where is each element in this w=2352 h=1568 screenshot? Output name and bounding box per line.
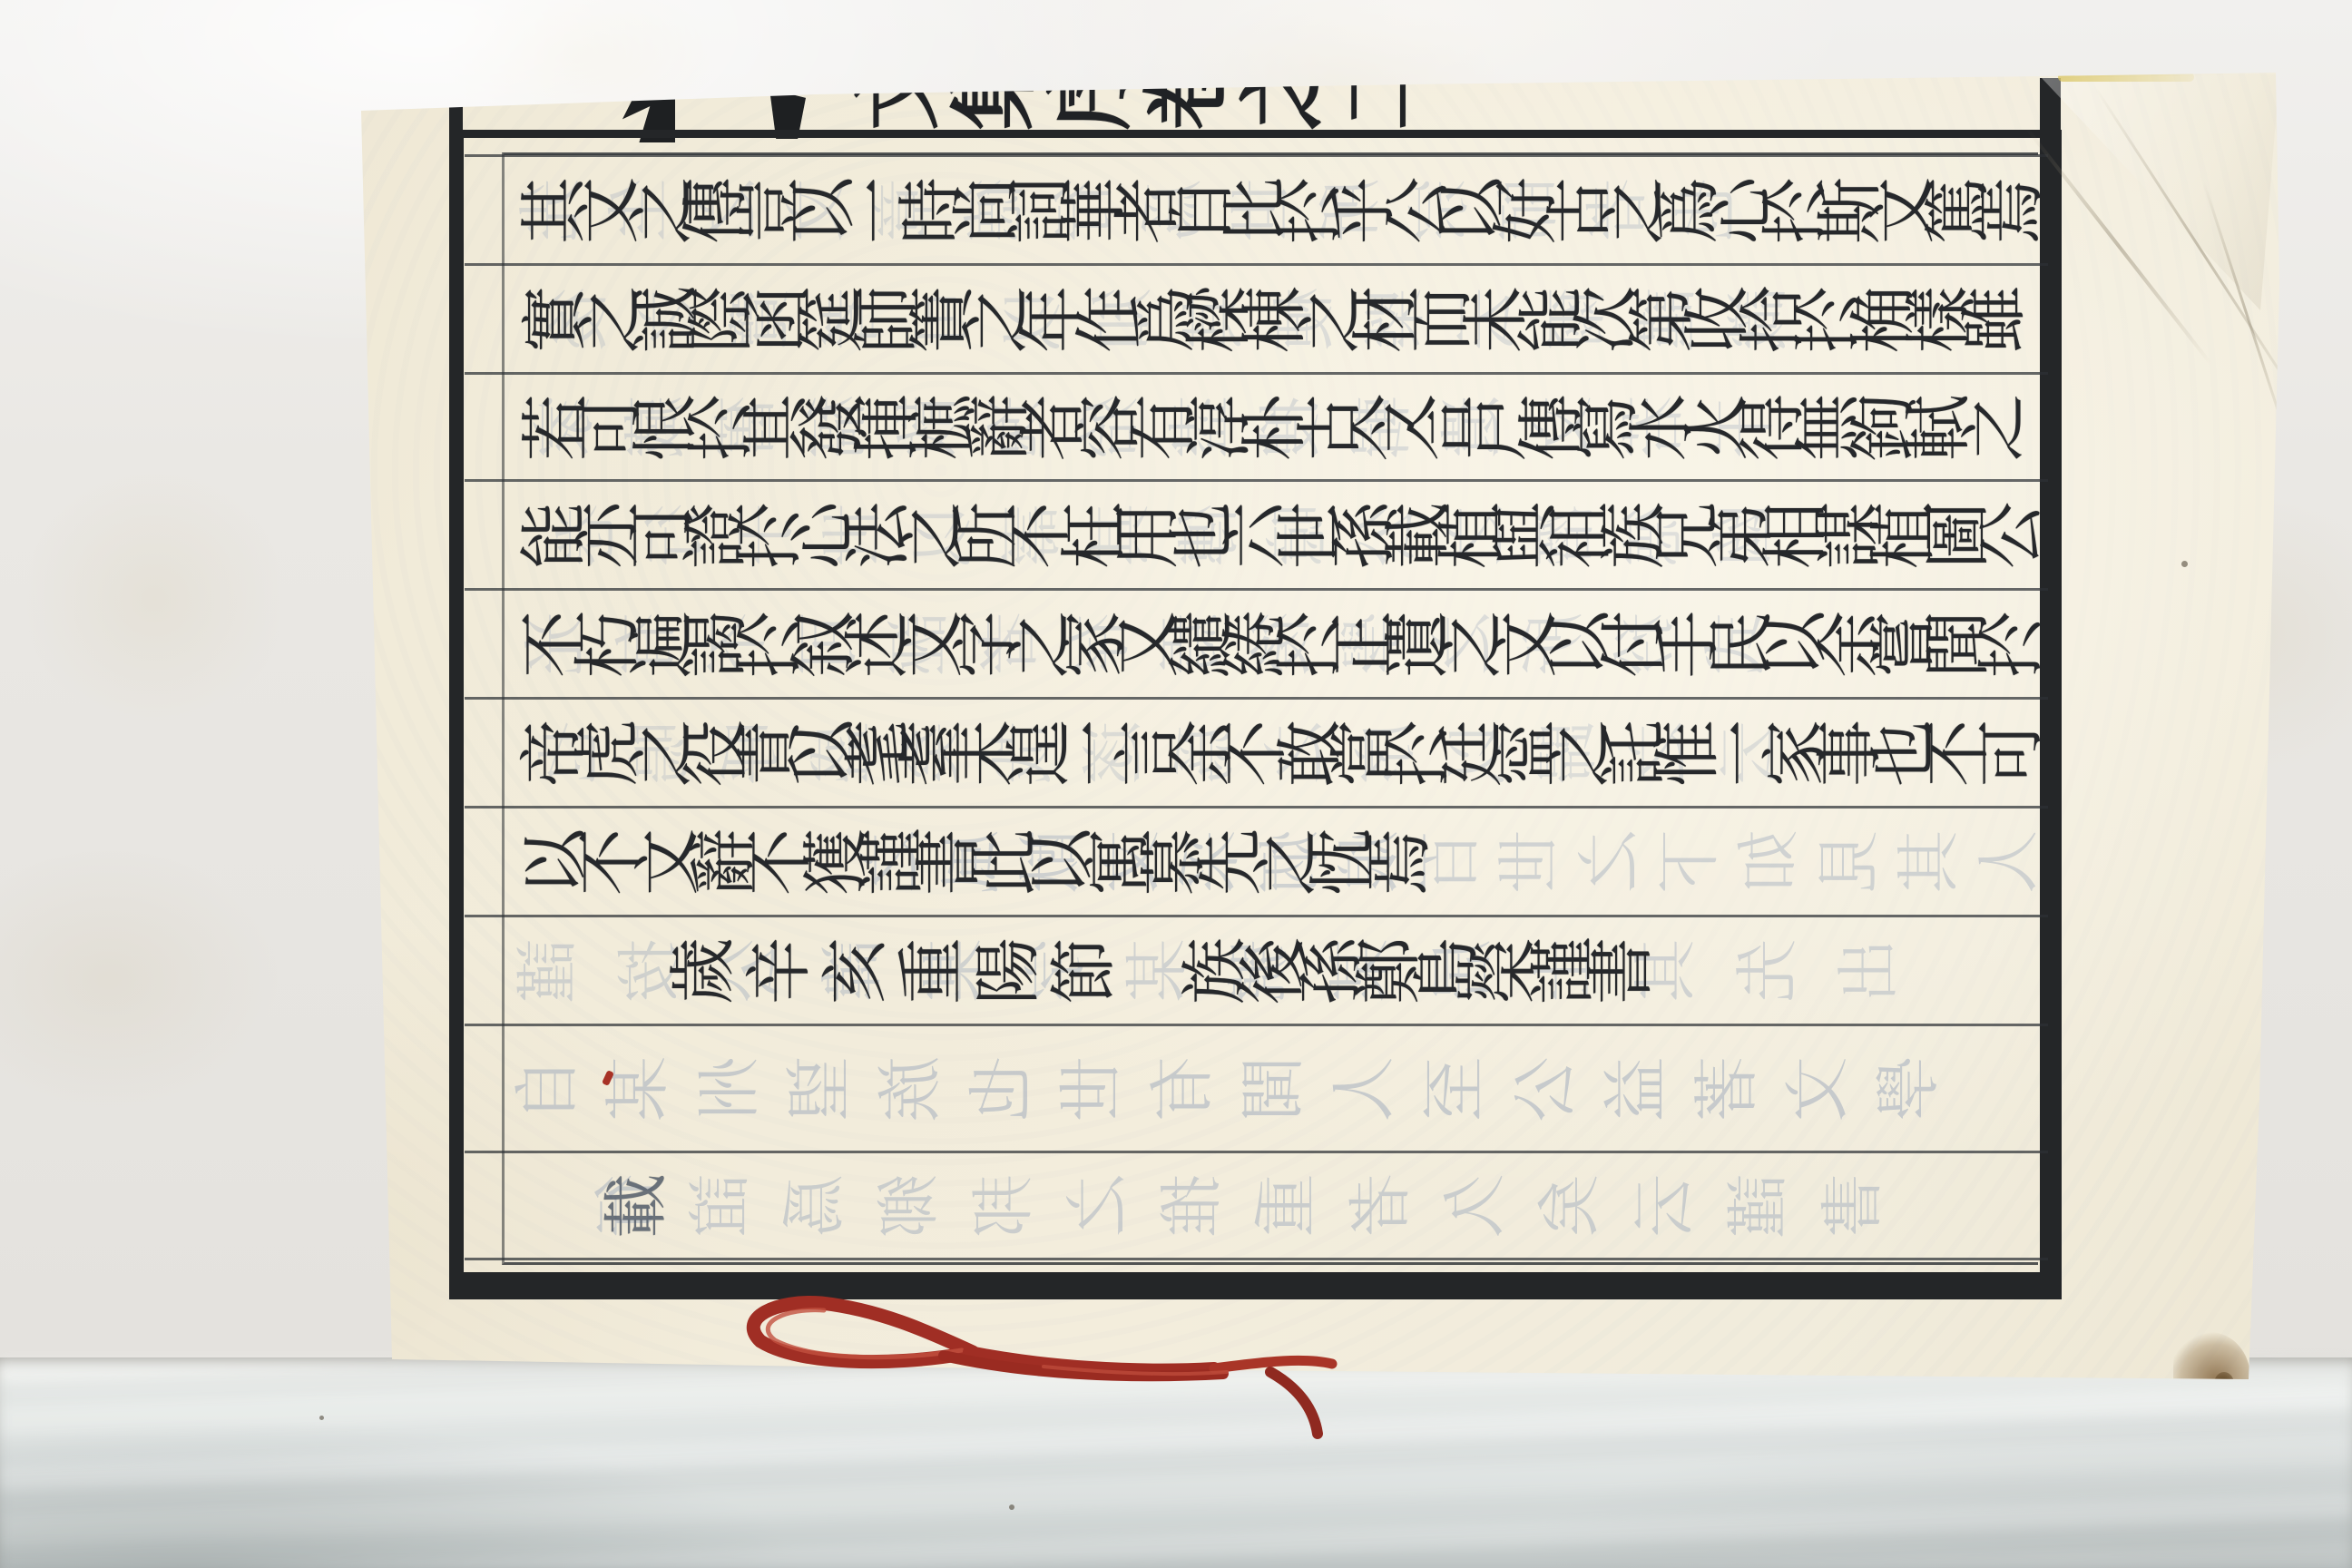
hanja-glyph: 世 xyxy=(1485,814,1564,910)
hanja-glyph: 之 xyxy=(1961,379,2016,475)
book-page-roll xyxy=(0,1357,2352,1568)
text-row-5: 光有不可誣者存焉後學之所矜式不朽遍謁扵叙述文字之家又繾綣扵正遺之文以付手民以余嘗… xyxy=(465,588,2048,697)
hanja-glyph: 載 xyxy=(603,1158,659,1254)
text-row-8: 謹按公諱某字某號某居士其先出歲辛亥重陽節族後孫鄭島榮謹書 xyxy=(465,915,2048,1024)
page-roll-streaks xyxy=(0,1357,2352,1568)
printed-text: 帝虎之役責以耄耋未遑一言余不敢當扵廷寍之託惟一家事也不可 xyxy=(522,700,2033,806)
hanja-glyph: 矣 xyxy=(1517,1158,1612,1254)
hanja-glyph: 焉 xyxy=(1980,162,2034,259)
text-row-9: 自某州望族也世有聞人至公益著文學 xyxy=(465,1024,2048,1151)
hanja-glyph: 文 xyxy=(1767,1041,1857,1137)
text-row-4: 卷行于世以壽其傳噫公之潛德幽能亦可證扵心法之所不枉用也六世孫載植與祖族兄弟相謀植… xyxy=(465,479,2048,588)
hanja-glyph: 出 xyxy=(1813,923,1915,1019)
photograph: 文集序卷之二 先生之文章德行爲世所宗師者也其文之傳豈以一時尚詞華者自比扵乎公以好… xyxy=(0,0,2352,1568)
text-row-7: 之風猷文采炳烺百世之下如見其人以不文辭不獲謹書此以寓慕先之忱焉 xyxy=(465,806,2048,915)
ghost-showthrough-text: 自某州望族也世有聞人至公益著文學 xyxy=(496,1026,1948,1151)
hanja-glyph: 望 xyxy=(769,1041,859,1137)
hanja-glyph: 扵 xyxy=(1980,596,2034,692)
hanja-glyph: 陽 xyxy=(965,923,1041,1019)
printed-text: 載 xyxy=(603,1153,659,1258)
printed-text: 能亦可證扵心法之所不枉用也六世孫載植與祖族兄弟相謀植圖公 xyxy=(522,482,2033,588)
hanja-glyph: 謹 xyxy=(1706,1158,1800,1254)
hanja-glyph: 公 xyxy=(1494,1041,1585,1137)
hanja-glyph: 益 xyxy=(1585,1041,1676,1137)
hanja-glyph: 爲 xyxy=(762,1158,857,1254)
hanja-glyph: 重 xyxy=(1234,1158,1328,1254)
hanja-glyph: 下 xyxy=(1644,814,1724,910)
hanja-glyph: 見 xyxy=(1804,814,1884,910)
hanja-glyph: 其 xyxy=(1884,814,1964,910)
hanja-glyph: 節 xyxy=(1041,923,1117,1019)
hanja-glyph: 雖 xyxy=(1961,271,2016,367)
hanja-glyph: 聞 xyxy=(1222,1041,1313,1137)
hanja-glyph: 書 xyxy=(1587,923,1645,1019)
yellow-stain xyxy=(2058,73,2194,82)
hanja-glyph: 之 xyxy=(1564,814,1644,910)
hanja-glyph: 著 xyxy=(1676,1041,1767,1137)
hanja-glyph: 也 xyxy=(950,1041,1041,1137)
text-row-10: 行誼爲鄉邦之推重者久矣云謹書載 xyxy=(465,1151,2048,1258)
dust-speck xyxy=(2181,561,2188,567)
hanja-glyph: 公 xyxy=(1980,487,2034,583)
hanja-glyph: 自 xyxy=(496,1041,587,1137)
hanja-glyph: 者 xyxy=(1328,1158,1423,1254)
frame-stub-left xyxy=(449,96,463,132)
hanja-glyph: 辛 xyxy=(736,923,812,1019)
hanja-glyph: 亥 xyxy=(812,923,888,1019)
hanja-glyph: 鄉 xyxy=(857,1158,951,1254)
hanja-glyph: 州 xyxy=(678,1041,769,1137)
book-page: 文集序卷之二 先生之文章德行爲世所宗師者也其文之傳豈以一時尚詞華者自比扵乎公以好… xyxy=(0,0,2352,1568)
hanja-glyph: 族 xyxy=(859,1041,950,1137)
hanja-glyph: 之 xyxy=(1045,1158,1140,1254)
dust-speck xyxy=(319,1416,324,1420)
hanja-glyph: 有 xyxy=(1132,1041,1222,1137)
hanja-glyph: 云 xyxy=(1612,1158,1706,1254)
hanja-glyph: 人 xyxy=(1313,1041,1404,1137)
hanja-glyph: 邦 xyxy=(951,1158,1045,1254)
text-row-1: 先生之文章德行爲世所宗師者也其文之傳豈以一時尚詞華者自比扵乎公以好古之爲心扵斯文… xyxy=(465,154,2048,263)
bottom-inner-rule xyxy=(465,1258,2048,1260)
hanja-glyph: 書 xyxy=(1800,1158,1895,1254)
hanja-glyph: 至 xyxy=(1404,1041,1494,1137)
hanja-glyph: 先 xyxy=(1711,923,1813,1019)
hanja-glyph: 學 xyxy=(1857,1041,1948,1137)
text-row-6: 也嗚呼盛矣哉遂爲之序以歸之云帝虎之役責以耄耋未遑一言余不敢當扵廷寍之託惟一家事也… xyxy=(465,697,2048,806)
printed-text: 不朽遍謁扵叙述文字之家又繾綣扵正遺之文以付手民以余嘗聞扵 xyxy=(522,591,2033,697)
ghost-showthrough-text: 行誼爲鄉邦之推重者久矣云謹書 xyxy=(573,1153,1895,1258)
hanja-glyph: 焉 xyxy=(1366,814,1422,910)
hanja-glyph: 人 xyxy=(1964,814,2043,910)
hanja-glyph: 謹 xyxy=(492,923,593,1019)
printed-text: 實之誠際函筵師簀之年作爲樑棟之材而未能次第收拾扵桷樣雖 xyxy=(522,266,2016,372)
dust-speck xyxy=(1009,1504,1014,1510)
text-row-2: 後之覽者可以知其梗槩云爾謹識實之誠際函筵師簀之年作爲樑棟之材而未能次第收拾扵桷樣… xyxy=(465,263,2048,372)
text-row-3: 家藏舊稿散逸殆盡搜輯遺文若干若可恨扵其發揮樜辭者容有淳朴古今合戸傳寫水火得無鉤軾… xyxy=(465,372,2048,479)
hanja-glyph: 如 xyxy=(1724,814,1804,910)
hanja-glyph: 某 xyxy=(587,1041,678,1137)
printed-text: 其文之傳豈以一時尚詞華者自比扵乎公以好古之爲心扵斯文篤焉 xyxy=(522,157,2033,263)
printed-text: 若可恨扵其發揮樜辭者容有淳朴古今合戸傳寫水火得無鉤軾之 xyxy=(522,375,2016,479)
hanja-glyph: 久 xyxy=(1423,1158,1517,1254)
hanja-glyph: 誼 xyxy=(668,1158,762,1254)
hanja-glyph: 可 xyxy=(1980,705,2034,801)
hanja-glyph: 推 xyxy=(1140,1158,1234,1254)
printed-text: 歲辛亥重陽節族後孫鄭島榮謹書 xyxy=(660,917,1645,1024)
hanja-glyph: 世 xyxy=(1041,1041,1132,1137)
hanja-glyph: 重 xyxy=(888,923,965,1019)
printed-text: 以不文辭不獲謹書此以寓慕先之忱焉 xyxy=(522,808,1422,915)
hanja-glyph: 歲 xyxy=(660,923,736,1019)
